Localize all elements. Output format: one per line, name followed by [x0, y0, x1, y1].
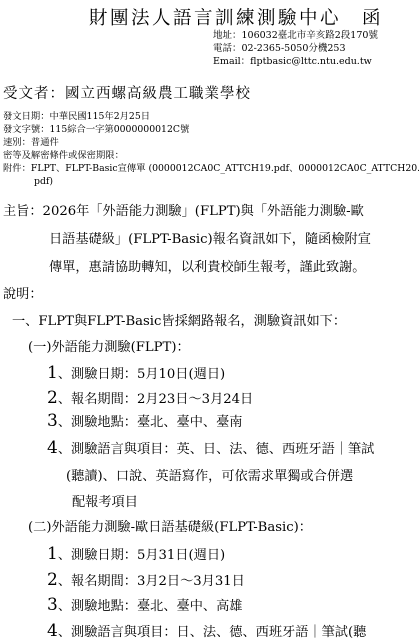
subject-line-2: 日語基礎級」(FLPT-Basic)報名資訊如下，隨函檢附宣 [49, 228, 371, 251]
speed: 速別：普通件 [3, 137, 59, 149]
subject-line-1: 主旨：2026年「外語能力測驗」(FLPT)與「外語能力測驗-歐 [3, 200, 364, 223]
section-1: 一、FLPT與FLPT-Basic皆採網路報名，測驗資訊如下： [12, 310, 346, 333]
explanation-label: 說明： [3, 283, 43, 306]
issue-date: 發文日期：中華民國115年2月25日 [3, 111, 150, 123]
sub1-item-3: 3、測驗地點：臺北、臺中、臺南 [47, 410, 242, 434]
classification: 密等及解密條件或保密期限： [3, 150, 124, 162]
sub2-item-3: 3、測驗地點：臺北、臺中、高雄 [47, 594, 242, 618]
sub1-item-1: 1、測驗日期：5月10日(週日) [47, 362, 225, 386]
attachment-cont[interactable]: pdf) [34, 176, 53, 188]
sub1-item-4-cont1: (聽讀)、口說、英語寫作，可依需求單獨或合併選 [66, 465, 353, 488]
sub2-item-2: 2、報名期間：3月2日～3月31日 [47, 569, 245, 593]
sub1-item-4: 4、測驗語言與項目：英、日、法、德、西班牙語｜筆試 [47, 437, 374, 461]
sub2-heading: (二)外語能力測驗-歐日語基礎級(FLPT-Basic)： [28, 516, 312, 539]
email: Email：flptbasic@lttc.ntu.edu.tw [213, 56, 372, 68]
subject-line-3: 傳單，惠請協助轉知，以利貴校師生報考，謹此致謝。 [49, 256, 366, 279]
recipient: 受文者：國立西螺高級農工職業學校 [3, 82, 251, 103]
attachment[interactable]: 附件：FLPT、FLPT-Basic宣傳單 (0000012CA0C_ATTCH… [3, 163, 419, 175]
sub1-item-4-cont2: 配報考項目 [72, 491, 138, 514]
document-title: 財團法人語言訓練測驗中心 函 [89, 4, 383, 30]
phone: 電話：02-2365-5050分機253 [213, 43, 346, 55]
sub2-item-1: 1、測驗日期：5月31日(週日) [47, 543, 225, 567]
address: 地址：106032臺北市辛亥路2段170號 [213, 30, 378, 42]
sub1-item-2: 2、報名期間：2月23日～3月24日 [47, 387, 253, 411]
doc-number: 發文字號：115綜合一字第0000000012C號 [3, 124, 189, 136]
sub2-item-4: 4、測驗語言與項目：日、法、德、西班牙語｜筆試(聽 [47, 620, 366, 642]
sub1-heading: (一)外語能力測驗(FLPT)： [28, 336, 190, 359]
